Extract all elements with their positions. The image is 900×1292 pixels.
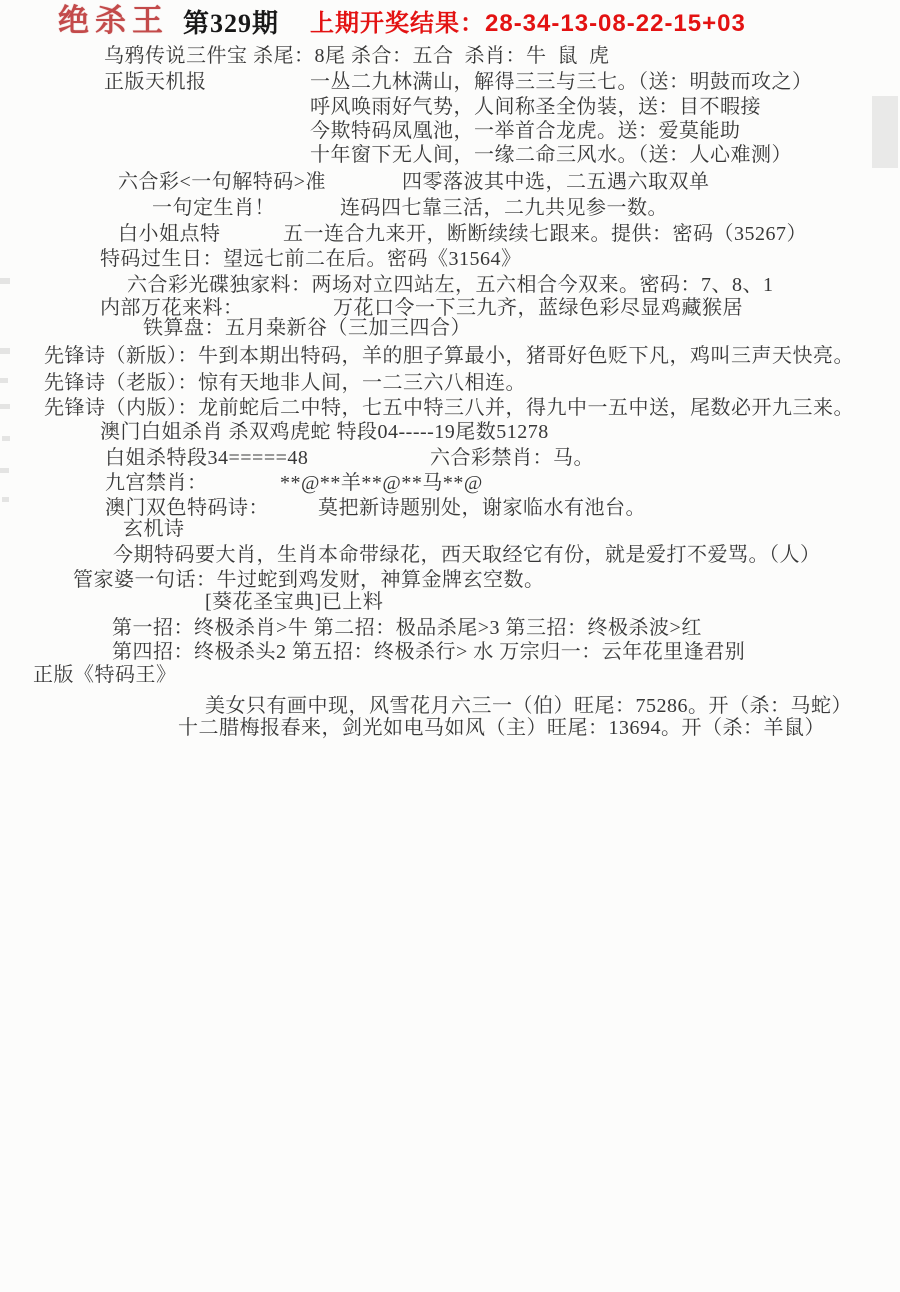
baixiaojie-label: 白小姐点特 [118, 222, 221, 246]
tianji-line-2: 呼风唤雨好气势，人间称圣全伪装，送：目不暇接 [310, 95, 761, 119]
xuanji-title: 玄机诗 [123, 517, 185, 541]
tianji-line-3: 今欺特码凤凰池，一举首合龙虎。送：爱莫能助 [310, 119, 741, 143]
scan-artifact-left-3 [0, 378, 8, 383]
xuanji-line: 今期特码要大肖，生肖本命带绿花，西天取经它有份，就是爱打不爱骂。（人） [113, 543, 821, 567]
guangdie-line: 六合彩光碟独家料：两场对立四站左，五六相合今双来。密码：7、8、1 [127, 273, 774, 297]
tiesuanpan-line: 铁算盘：五月桒新谷（三加三四合） [143, 316, 471, 340]
jiugong-label: 九宫禁肖： [105, 471, 208, 495]
dingshengxiao-text: 连码四七靠三活，二九共见参一数。 [340, 196, 668, 220]
meinv-line: 美女只有画中现，风雪花月六三一（伯）旺尾：75286。开（杀：马蛇） [205, 694, 852, 718]
last-draw-result: 上期开奖结果：28-34-13-08-22-15+03 [310, 10, 746, 38]
aomen-shaxiao-line: 澳门白姐杀肖 杀双鸡虎蛇 特段04-----19尾数51278 [100, 420, 549, 444]
tianji-label: 正版天机报 [104, 70, 207, 94]
jiugong-text: **@**羊**@**马**@ [280, 471, 483, 495]
scan-artifact-left-2 [0, 348, 10, 354]
scan-artifact-right-band [872, 96, 898, 168]
scan-artifact-left-1 [0, 278, 10, 284]
xianfeng-inner-line: 先锋诗（内版）：龙前蛇后二中特，七五中特三八并，得九中一五中送，尾数必开九三来。 [44, 396, 854, 420]
tekma-wang-line: 正版《特码王》 [33, 663, 177, 687]
tianji-line-1: 一丛二九林满山，解得三三与三七。（送：明鼓而攻之） [310, 70, 813, 94]
guanjiapo-line: 管家婆一句话：牛过蛇到鸡发财，神算金牌玄空数。 [73, 568, 545, 592]
shateduan-text: 六合彩禁肖：马。 [430, 446, 594, 470]
guoshengri-line: 特码过生日：望远七前二在后。密码《31564》 [100, 247, 522, 271]
shuangse-text: 莫把新诗题别处，谢家临水有池台。 [318, 496, 646, 520]
scan-artifact-left-4 [0, 404, 10, 409]
brand-title: 绝杀王 [58, 4, 169, 38]
dingshengxiao-label: 一句定生肖！ [152, 196, 275, 220]
jieterma-label: 六合彩<一句解特码>准 [118, 170, 326, 194]
issue-number: 第329期 [183, 9, 279, 39]
scan-page: 绝杀王 第329期 上期开奖结果：28-34-13-08-22-15+03 乌鸦… [0, 0, 900, 1292]
kuihua-line: [葵花圣宝典]已上料 [205, 590, 383, 614]
xianfeng-old-line: 先锋诗（老版）：惊有天地非人间，一二三六八相连。 [44, 371, 526, 395]
wuya-line: 乌鸦传说三件宝 杀尾：8尾 杀合：五合 杀肖：牛 鼠 虎 [104, 44, 610, 68]
shateduan-label: 白姐杀特段34=====48 [105, 446, 308, 470]
scan-artifact-left-5 [2, 436, 10, 441]
lamei-line: 十二腊梅报春来，剑光如电马如风（主）旺尾：13694。开（杀：羊鼠） [178, 716, 825, 740]
xianfeng-new-line: 先锋诗（新版）：牛到本期出特码，羊的胆子算最小，猪哥好色贬下凡，鸡叫三声天快亮。 [44, 344, 854, 368]
tianji-line-4: 十年窗下无人间，一缘二命三风水。（送：人心难测） [310, 143, 792, 167]
baixiaojie-text: 五一连合九来开，断断续续七跟来。提供：密码（35267） [283, 222, 807, 246]
zhao-line-2: 第四招：终极杀头2 第五招：终极杀行> 水 万宗归一：云年花里逢君别 [112, 640, 745, 664]
zhao-line-1: 第一招：终极杀肖>牛 第二招：极品杀尾>3 第三招：终极杀波>红 [112, 616, 702, 640]
scan-artifact-left-6 [0, 468, 9, 473]
jieterma-text: 四零落波其中选，二五遇六取双单 [402, 170, 710, 194]
scan-artifact-left-7 [2, 497, 9, 502]
